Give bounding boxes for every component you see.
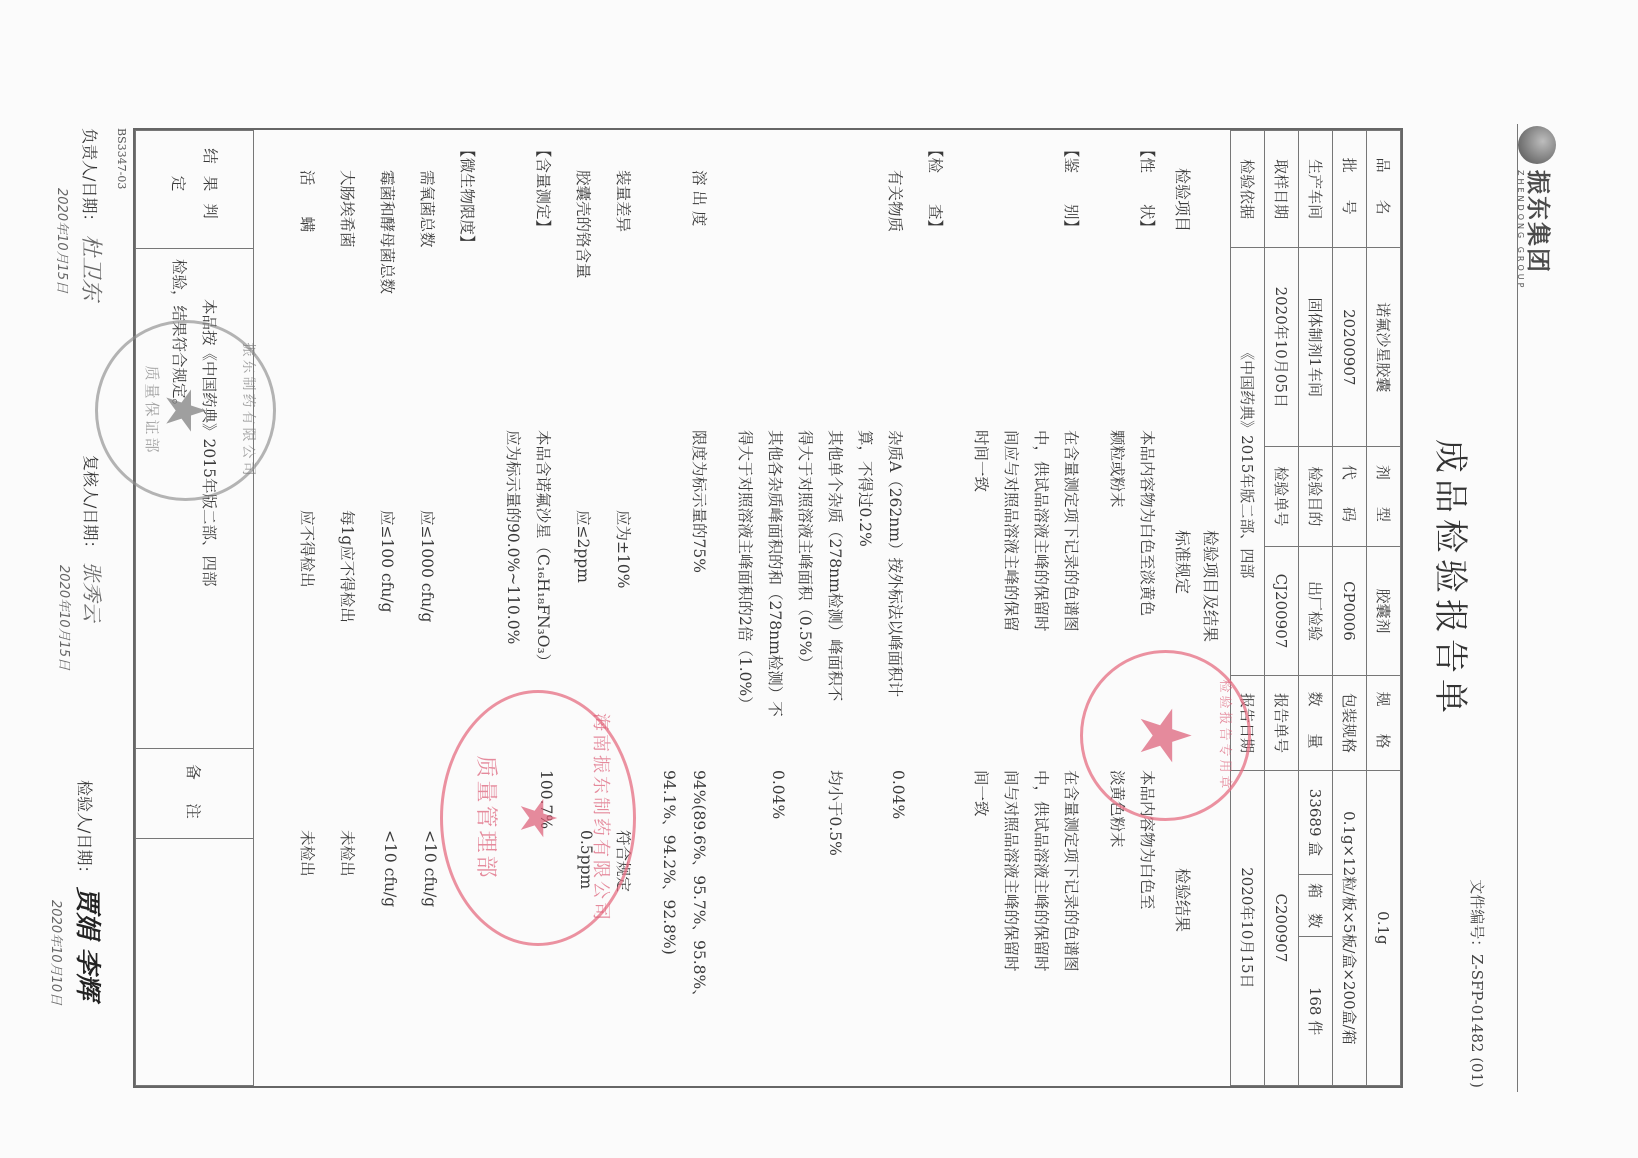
test-item-name: 胶囊壳的铬含量 (573, 170, 595, 279)
test-item-standard: 本品含诺氟沙星（C₁₆H₁₈FN₃O₃） (533, 430, 555, 669)
test-item-standard: 算，不得过0.2% (855, 430, 877, 547)
test-item-standard: 时间一致 (971, 430, 993, 492)
conclusion-line-1: 本品按《中国药典》2015年版二部、四部 (195, 259, 225, 738)
report-page: 振东集团 ZHENDONG GROUP 文件编号：Z-SFP-01482 (01… (0, 0, 1638, 1158)
test-item-standard: 其他各杂质峰面积的和（278nm检测）不 (765, 430, 787, 717)
test-item-result: 间与对照品溶液主峰的保留时 (1001, 770, 1023, 972)
remark-value (136, 839, 254, 1086)
test-item-result: 中，供试品溶液主峰的保留时 (1031, 770, 1053, 972)
product-code: CP0006 (1333, 546, 1367, 676)
items-section-title: 检验项目及结果 (1200, 530, 1223, 642)
test-item-result: 在含量测定项下记录的色谱图 (1061, 770, 1083, 972)
spec-label: 规 格 (1367, 676, 1401, 771)
test-item-name: 溶 出 度 (689, 170, 711, 226)
test-item-result: 间一致 (971, 770, 993, 817)
test-item-name: 【鉴 别】 (1061, 142, 1083, 235)
product-name: 诺氟沙星胶囊 (1367, 248, 1401, 447)
test-item-standard: 本品内容物为白色至淡黄色 (1137, 430, 1159, 616)
logo-globe-icon (1518, 126, 1556, 164)
test-item-standard: 每1g应不得检出 (337, 510, 359, 623)
col-result-header: 检验结果 (1172, 868, 1195, 932)
col-item-header: 检验项目 (1172, 168, 1195, 232)
code-label: 代 码 (1333, 447, 1367, 547)
test-item-name: 活 螨 (297, 170, 319, 232)
remark-label: 备 注 (136, 749, 254, 839)
test-item-standard: 应为±10% (613, 510, 635, 588)
report-no-label: 报告单号 (1265, 676, 1299, 771)
reviewer-name: 张秀云 (80, 562, 104, 622)
report-number: C200907 (1265, 770, 1299, 1085)
scanned-document: 振东集团 ZHENDONG GROUP 文件编号：Z-SFP-01482 (01… (0, 0, 1638, 1158)
reviewer-signature: 复核人/日期： 张秀云 2020年10月15日 (56, 455, 108, 670)
test-item-standard: 应不得检出 (297, 510, 319, 588)
test-item-result: 100.7% (537, 770, 555, 829)
responsible-name: 杜卫东 (78, 235, 103, 301)
responsible-date: 2020年10月15日 (54, 188, 73, 301)
report-date-label: 报告日期 (1231, 676, 1265, 771)
inspector-name: 贾娟 李辉 (72, 887, 102, 1000)
test-no-label: 检验单号 (1265, 447, 1299, 547)
test-item-result: 符合规定 (613, 830, 635, 892)
meta-table: 品 名 诺氟沙星胶囊 剂 型 胶囊剂 规 格 0.1g 批 号 20200907… (1230, 130, 1401, 1086)
test-item-name: 需氧菌总数 (417, 170, 439, 248)
report-date: 2020年10月15日 (1231, 770, 1265, 1085)
test-item-standard: 杂质A（262nm）按外标法以峰面积计 (885, 430, 907, 697)
test-items: 检验项目及结果 检验项目 标准规定 检验结果 【性 状】本品内容物为白色至淡黄色… (329, 130, 1229, 1086)
basis-label: 检验依据 (1231, 131, 1265, 248)
test-item-standard: 应≤100 cfu/g (377, 510, 399, 613)
test-item-standard: 得大于对照溶液主峰面积（0.5%） (795, 430, 817, 671)
test-item-standard: 得大于对照溶液主峰面积的2倍（1.0%） (735, 430, 757, 712)
conclusion-line-2: 检验，结果符合规定。 (165, 259, 195, 738)
spec-value: 0.1g (1367, 770, 1401, 1085)
conclusion-text: 本品按《中国药典》2015年版二部、四部 检验，结果符合规定。 (136, 249, 254, 749)
test-item-name: 装量差异 (613, 170, 635, 232)
quantity-label: 数 量 (1299, 676, 1333, 771)
inspector-date: 2020年10月10日 (48, 900, 67, 1005)
responsible-signature: 负责人/日期： 杜卫东 2020年10月15日 (54, 128, 108, 301)
test-item-standard: 应≤1000 cfu/g (417, 510, 439, 622)
company-logo: 振东集团 ZHENDONG GROUP (1516, 126, 1558, 290)
test-item-name: 有关物质 (885, 170, 907, 232)
workshop: 固体制剂1车间 (1299, 248, 1333, 447)
report-frame: 品 名 诺氟沙星胶囊 剂 型 胶囊剂 规 格 0.1g 批 号 20200907… (133, 128, 1403, 1088)
package-spec: 0.1g×12粒/板×5板/盒×200盒/箱 (1333, 770, 1367, 1085)
test-item-result: 未检出 (337, 830, 359, 877)
responsible-label: 负责人/日期： (80, 128, 99, 229)
logo-chinese: 振东集团 (1523, 170, 1558, 290)
package-label: 包装规格 (1333, 676, 1367, 771)
dosage-form-label: 剂 型 (1367, 447, 1401, 547)
test-item-result: 0.04% (889, 770, 907, 819)
test-item-result: <10 cfu/g (381, 830, 399, 907)
col-standard-header: 标准规定 (1172, 530, 1195, 594)
test-item-standard: 中，供试品溶液主峰的保留时 (1031, 430, 1053, 632)
form-serial: BS3347-03 (115, 128, 128, 189)
test-item-name: 霉菌和酵母菌总数 (377, 170, 399, 294)
conclusion-label: 结果判定 (136, 131, 254, 249)
test-purpose: 出厂检验 (1299, 546, 1333, 676)
test-basis: 《中国药典》2015年版二部、四部 (1231, 248, 1265, 676)
reviewer-date: 2020年10月15日 (56, 565, 75, 670)
page-title: 成品检验报告单 (1429, 0, 1478, 1158)
test-item-result: 94.1%、94.2%、92.8%) (659, 770, 681, 955)
test-item-standard: 其他单个杂质（278nm检测）峰面积不 (825, 430, 847, 701)
sample-date-label: 取样日期 (1265, 131, 1299, 248)
test-item-result: 均小于0.5% (825, 770, 847, 856)
dosage-form: 胶囊剂 (1367, 546, 1401, 676)
product-name-label: 品 名 (1367, 131, 1401, 248)
sample-date: 2020年10月05日 (1265, 248, 1299, 447)
conclusion-block: 结果判定 本品按《中国药典》2015年版二部、四部 检验，结果符合规定。 备 注 (135, 130, 254, 1086)
test-item-standard: 限度为标示量的75% (689, 430, 711, 573)
test-item-result: 淡黄色粉末 (1107, 770, 1129, 848)
reviewer-label: 复核人/日期： (81, 455, 100, 556)
test-item-standard: 应为标示量的90.0%~110.0% (503, 430, 525, 644)
inspector-signature: 检验人/日期： 贾娟 李辉 2020年10月10日 (48, 780, 108, 1005)
test-item-result: 本品内容物为白色至 (1137, 770, 1159, 910)
test-item-name: 【检 查】 (925, 142, 947, 235)
test-item-name: 【性 状】 (1137, 142, 1159, 235)
cases: 168 件 (1299, 937, 1333, 1086)
cases-label: 箱 数 (1299, 875, 1333, 937)
test-item-standard: 应≤2ppm (573, 510, 595, 583)
quantity: 33689 盒 (1299, 770, 1333, 875)
test-item-standard: 在含量测定项下记录的色谱图 (1061, 430, 1083, 632)
test-item-result: 0.04% (769, 770, 787, 819)
test-item-standard: 间应与对照品溶液主峰的保留 (1001, 430, 1023, 632)
batch-number: 20200907 (1333, 248, 1367, 447)
header-rule (1517, 124, 1518, 1092)
inspector-label: 检验人/日期： (75, 780, 94, 881)
test-item-result: <10 cfu/g (421, 830, 439, 907)
workshop-label: 生产车间 (1299, 131, 1333, 248)
batch-label: 批 号 (1333, 131, 1367, 248)
test-item-result: 0.5ppm (577, 830, 595, 889)
test-item-result: 未检出 (297, 830, 319, 877)
test-item-name: 【微生物限度】 (457, 142, 479, 251)
test-item-result: 94%(89.6%、95.7%、95.8%、 (689, 770, 711, 1005)
test-item-name: 大肠埃希菌 (337, 170, 359, 248)
test-number: CJ200907 (1265, 546, 1299, 676)
test-item-name: 【含量测定】 (533, 142, 555, 235)
test-item-standard: 颗粒或粉末 (1107, 430, 1129, 508)
purpose-label: 检验目的 (1299, 447, 1333, 547)
